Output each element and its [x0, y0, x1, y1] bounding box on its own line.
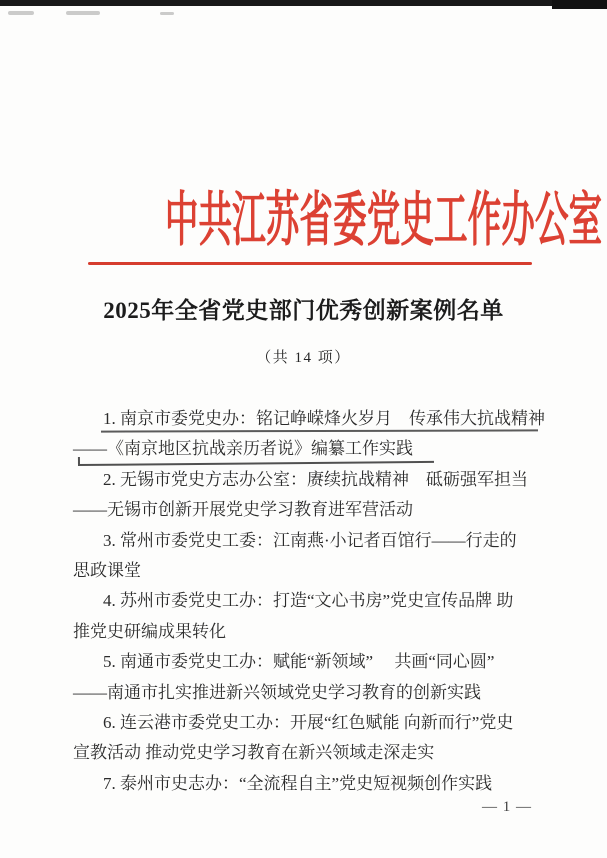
- case-1-line-2: ——《南京地区抗战亲历者说》编纂工作实践: [73, 434, 547, 464]
- underline-annotation-tick: [78, 457, 80, 465]
- case-3-line-1: 3. 常州市委党史工委：江南燕·小记者百馆行——行走的: [73, 526, 547, 556]
- letterhead-title: 中共江苏省委党史工作办公室: [165, 188, 602, 252]
- scan-top-edge: [0, 0, 607, 6]
- case-5-line-1: 5. 南通市委党史工办：赋能“新领域” 共画“同心圆”: [73, 647, 547, 677]
- case-6-line-2: 宣教活动 推动党史学习教育在新兴领域走深走实: [73, 738, 547, 768]
- case-5-line-2: ——南通市扎实推进新兴领域党史学习教育的创新实践: [73, 678, 547, 708]
- letterhead: 中共江苏省委党史工作办公室: [0, 188, 607, 252]
- scan-smudge: [160, 12, 174, 15]
- scan-smudge: [8, 11, 34, 15]
- scan-top-edge-corner: [552, 0, 607, 9]
- case-4-line-2: 推党史研编成果转化: [73, 617, 547, 647]
- page-number: — 1 —: [482, 799, 532, 816]
- item-count-note: （共 14 项）: [0, 346, 607, 367]
- case-4-line-1: 4. 苏州市委党史工办：打造“文心书房”党史宣传品牌 助: [73, 586, 547, 616]
- document-page: 中共江苏省委党史工作办公室 2025年全省党史部门优秀创新案例名单 （共 14 …: [0, 0, 607, 858]
- case-2-line-2: ——无锡市创新开展党史学习教育进军营活动: [73, 495, 547, 525]
- red-separator-line: [88, 262, 532, 265]
- case-3-line-2: 思政课堂: [73, 556, 547, 586]
- case-6-line-1: 6. 连云港市委党史工办：开展“红色赋能 向新而行”党史: [73, 708, 547, 738]
- document-title: 2025年全省党史部门优秀创新案例名单: [0, 297, 607, 324]
- case-7-line-1: 7. 泰州市史志办：“全流程自主”党史短视频创作实践: [73, 769, 547, 799]
- scan-smudge: [66, 11, 100, 15]
- case-2-line-1: 2. 无锡市党史方志办公室：赓续抗战精神 砥砺强军担当: [73, 465, 547, 495]
